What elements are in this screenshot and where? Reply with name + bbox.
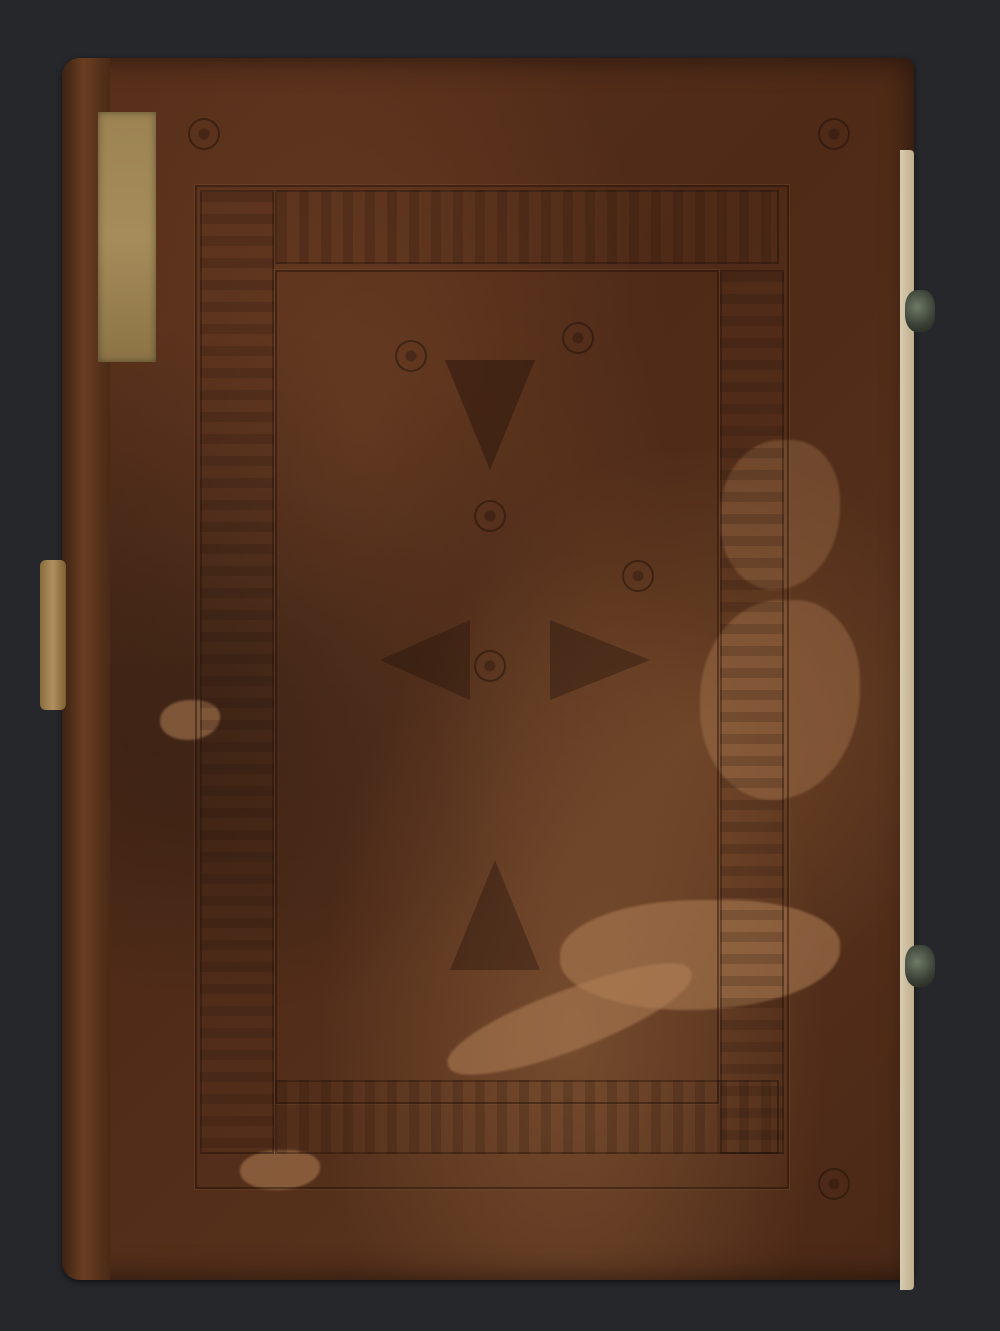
rosette-stamp [188, 118, 220, 150]
rosette-stamp [818, 118, 850, 150]
clasp-strap [40, 560, 66, 710]
clasp-bottom [905, 945, 935, 987]
tooled-roll-right [720, 270, 784, 1154]
rosette-stamp [562, 322, 594, 354]
rosette-stamp [474, 500, 506, 532]
triangle-stamp [380, 620, 470, 700]
spine-label [98, 112, 156, 362]
rosette-stamp [395, 340, 427, 372]
rosette-stamp [622, 560, 654, 592]
tooled-roll-bottom [275, 1080, 779, 1154]
clasp-top [905, 290, 935, 332]
rosette-stamp [818, 1168, 850, 1200]
triangle-stamp [450, 860, 540, 970]
triangle-stamp [445, 360, 535, 470]
tooled-roll-left [200, 190, 274, 1154]
tooled-roll-top [275, 190, 779, 264]
triangle-stamp [550, 620, 650, 700]
rosette-stamp [474, 650, 506, 682]
